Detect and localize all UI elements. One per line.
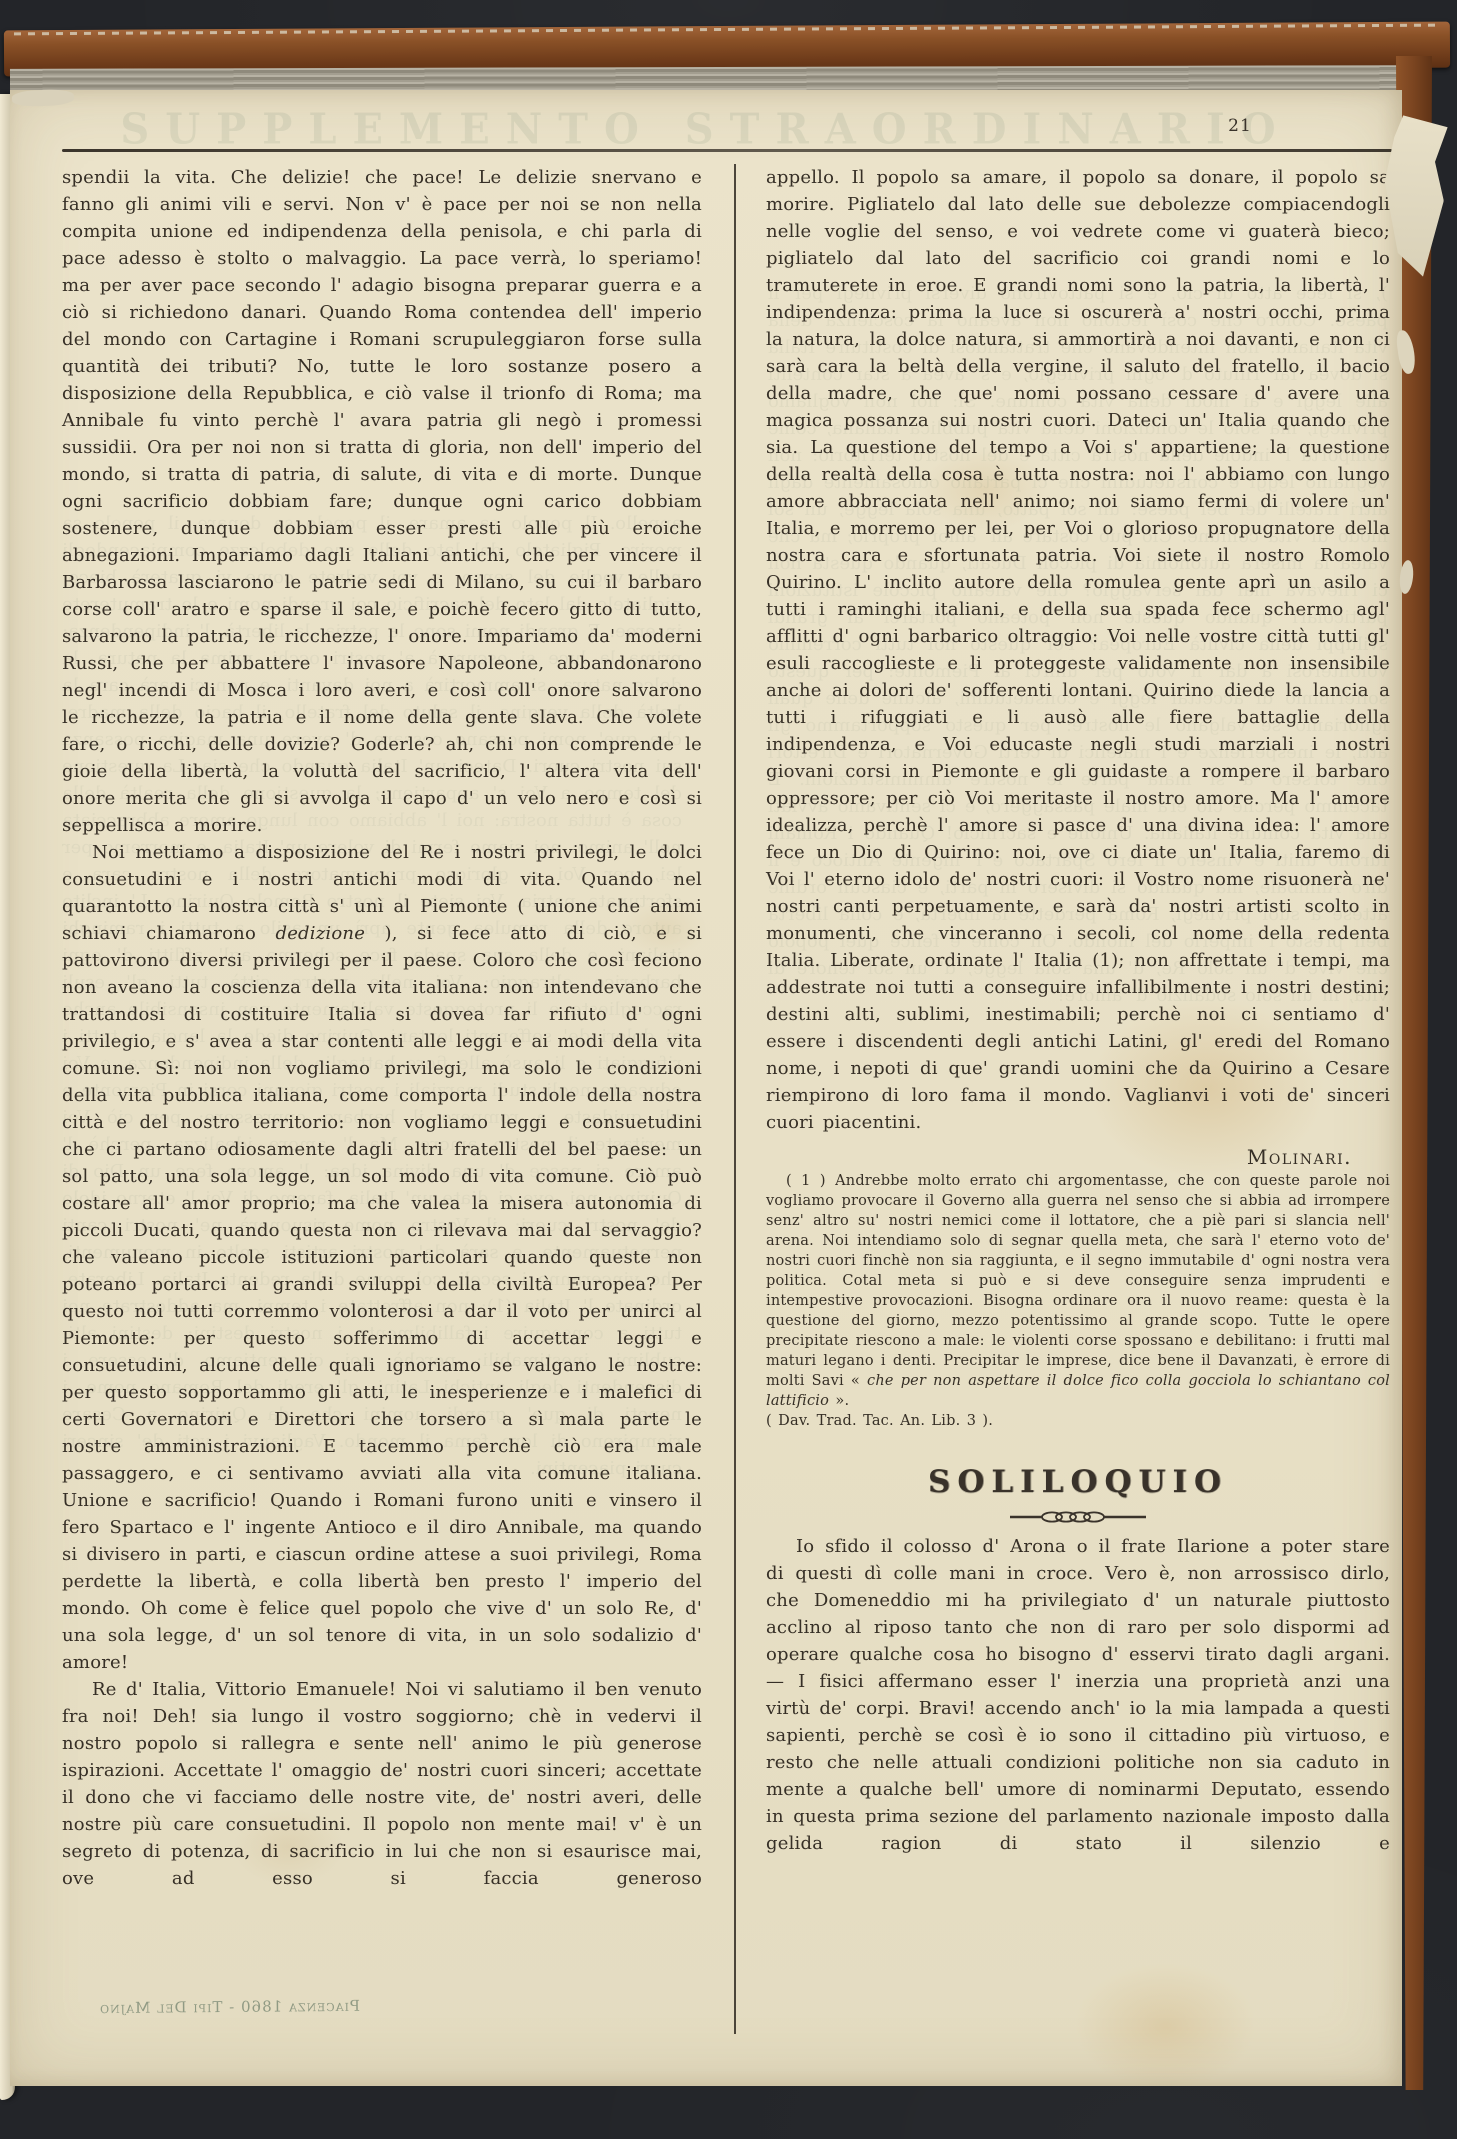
divider-ornament: [766, 1506, 1390, 1533]
paragraph: appello. Il popolo sa amare, il popolo s…: [766, 164, 1390, 1136]
left-column: spendii la vita. Che delizie! che pace! …: [62, 164, 702, 1892]
column-divider: [734, 164, 736, 2034]
chain-ornament-icon: [1008, 1509, 1148, 1525]
paragraph: Re d' Italia, Vittorio Emanuele! Noi vi …: [62, 1676, 702, 1892]
bleedthrough-imprint: Piacenza 1860 - Tipi Del Majno: [80, 1997, 360, 2017]
page-number: 21: [1190, 116, 1290, 136]
text-segment: ».: [829, 1393, 849, 1409]
header-rule: [62, 149, 1392, 152]
paragraph: spendii la vita. Che delizie! che pace! …: [62, 164, 702, 839]
right-column: appello. Il popolo sa amare, il popolo s…: [766, 164, 1390, 1857]
text-segment: ), si fece atto di ciò, e si pattovirono…: [62, 923, 702, 1673]
page: SUPPLEMENTO STRAORDINARIO appello. Il po…: [10, 90, 1402, 2086]
section-title: SOLILOQUIO: [766, 1469, 1390, 1496]
author-signature: Molinari.: [766, 1144, 1352, 1171]
footnote: ( 1 ) Andrebbe molto errato chi argoment…: [766, 1171, 1390, 1411]
paragraph: Io sfido il colosso d' Arona o il frate …: [766, 1533, 1390, 1857]
paragraph: Noi mettiamo a disposizione del Re i nos…: [62, 839, 702, 1676]
book-scan: SUPPLEMENTO STRAORDINARIO appello. Il po…: [0, 0, 1457, 2139]
text-segment-italic: dedizione: [275, 923, 365, 944]
text-segment: ( 1 ) Andrebbe molto errato chi argoment…: [766, 1173, 1390, 1389]
footnote-citation: ( Dav. Trad. Tac. An. Lib. 3 ).: [766, 1411, 1390, 1431]
